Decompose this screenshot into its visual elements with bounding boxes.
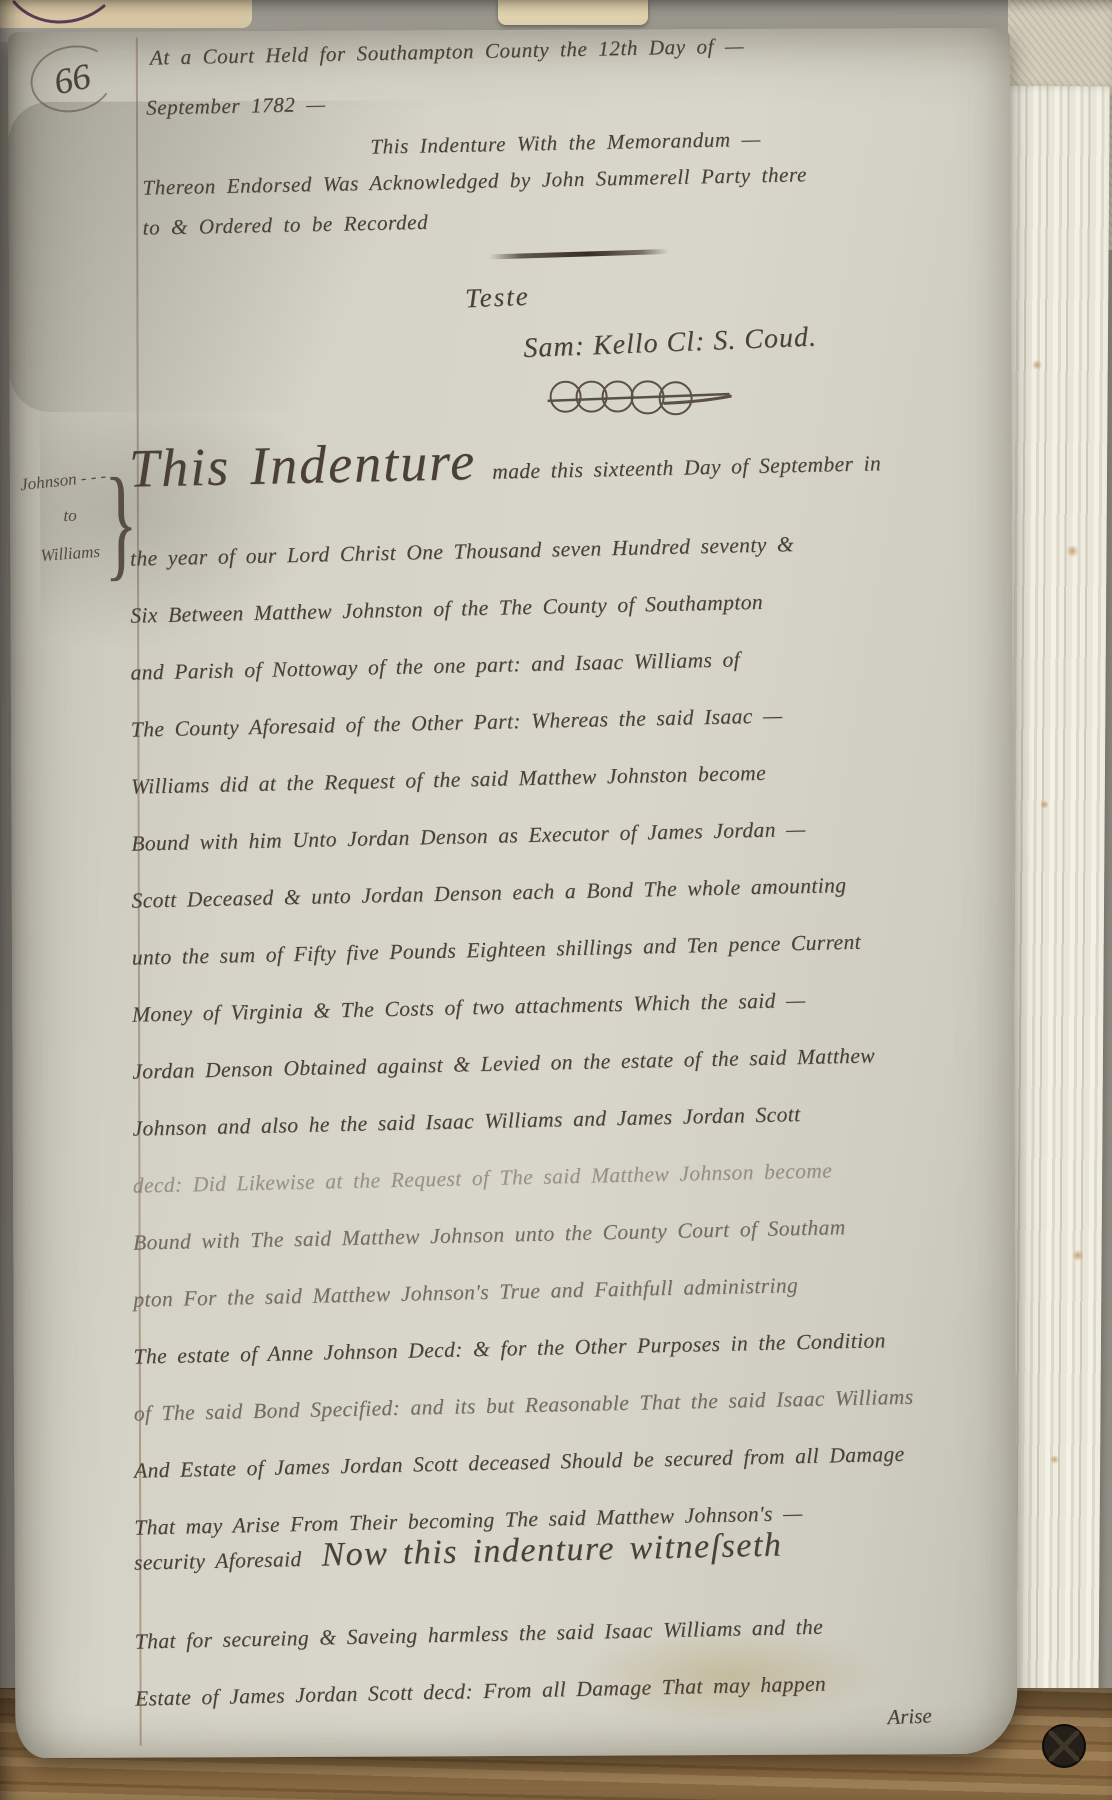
ink-mark xyxy=(0,0,130,26)
court-record-line: At a Court Held for Southampton County t… xyxy=(150,34,745,71)
court-record-header: At a Court Held for Southampton County t… xyxy=(142,42,1008,46)
paper-scrap-top-center xyxy=(498,0,648,25)
indenture-body: This Indenture made this sixteenth Day o… xyxy=(130,438,1012,1737)
signature-flourish xyxy=(544,373,734,420)
indenture-opening-rest: made this sixteenth Day of September in xyxy=(492,451,881,484)
witness-clause-lead: security Aforesaid xyxy=(134,1547,302,1576)
indenture-opening-words: This Indenture xyxy=(129,434,477,496)
catchword: Arise xyxy=(887,1703,932,1730)
manuscript-page: 66 At a Court Held for Southampton Count… xyxy=(8,28,1018,1758)
foxing-spot xyxy=(1040,800,1049,809)
court-record-line: September 1782 — xyxy=(146,92,326,121)
foxing-spot xyxy=(1072,1250,1084,1261)
screw-icon xyxy=(1040,1722,1088,1770)
foxing-spot xyxy=(1050,1455,1059,1464)
foxing-spot xyxy=(1066,545,1079,557)
document-photo: 66 At a Court Held for Southampton Count… xyxy=(0,0,1112,1800)
foxing-spot xyxy=(1032,360,1042,370)
paper-scrap-top-left xyxy=(0,0,252,28)
attestation-word: Teste xyxy=(465,281,531,315)
